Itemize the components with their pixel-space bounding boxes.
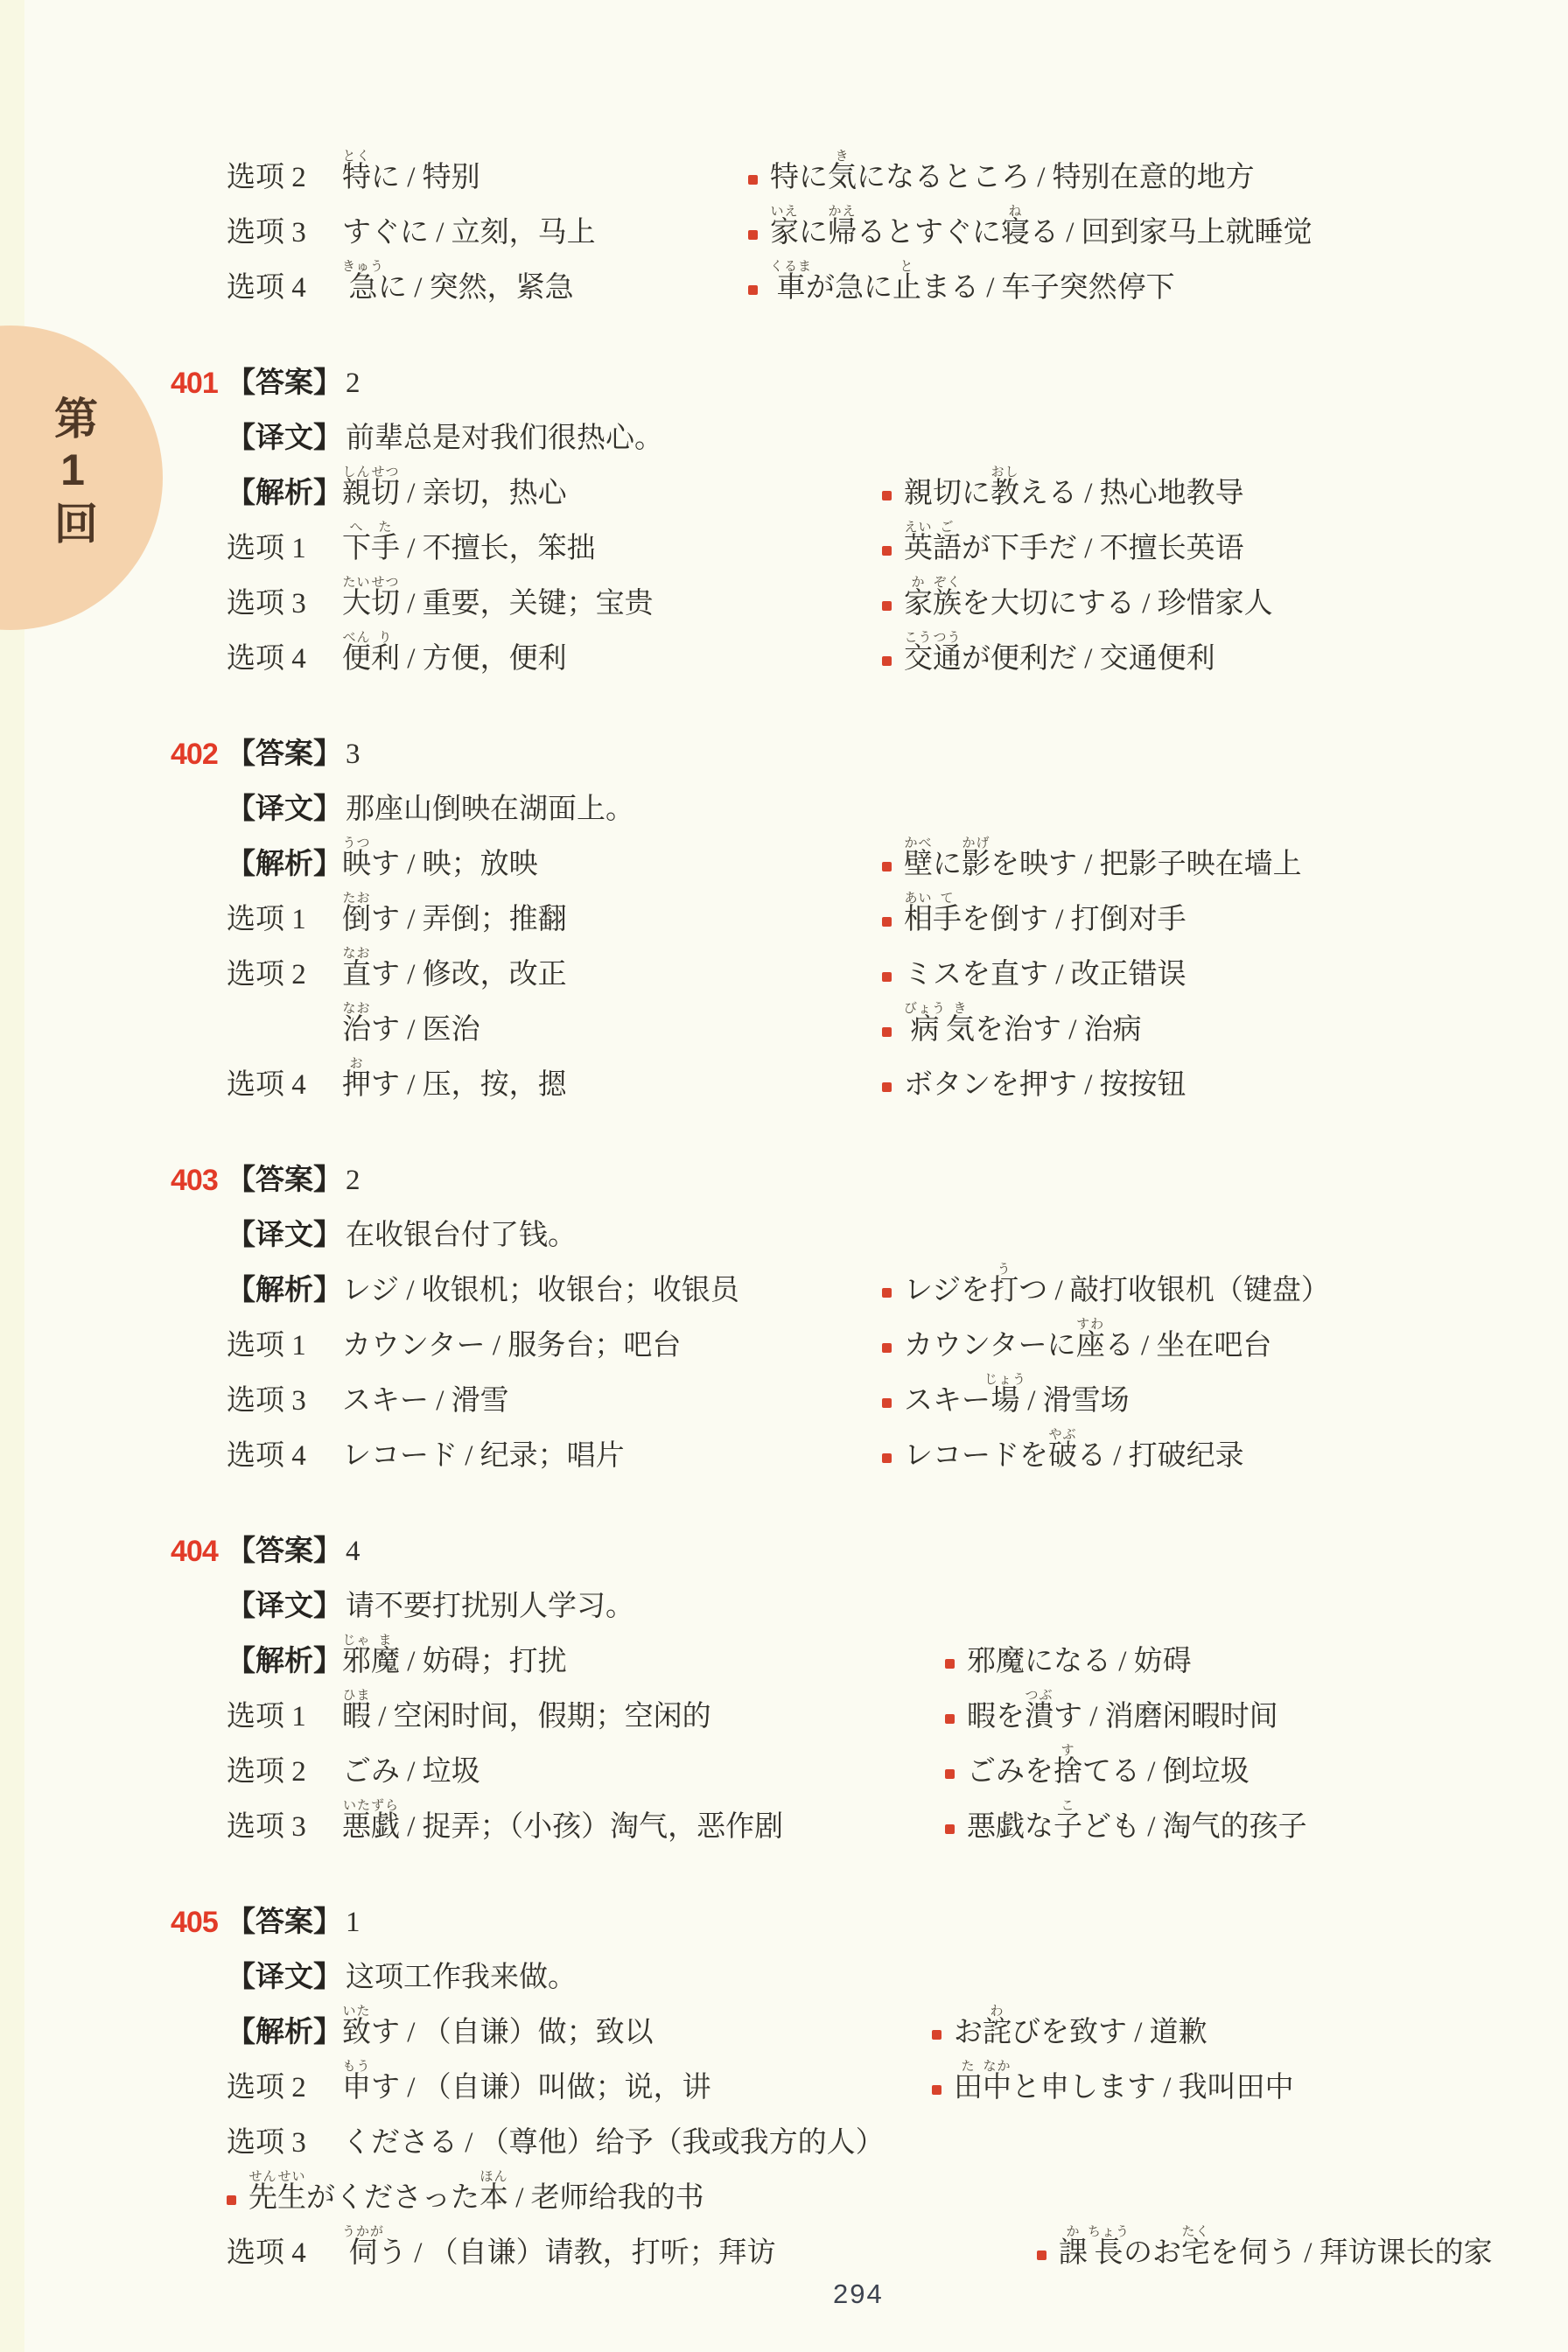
- option-row: 选项 2 直なおす / 修改，改正 ミスを直す / 改正错误: [171, 937, 1568, 992]
- option-row: 选项 2 ごみ / 垃圾 ごみを捨すてる / 倒垃圾: [171, 1734, 1568, 1789]
- answer-label: 【答案】: [227, 367, 342, 401]
- question-number: 404: [171, 1535, 227, 1569]
- answer-label: 【答案】: [227, 1165, 342, 1198]
- term-japanese: 悪戯いたずら / 捉弄；（小孩）淘气，恶作剧: [342, 1799, 783, 1844]
- option-row: 选项 4 便べん利り / 方便，便利 交こう通つうが便利だ / 交通便利: [171, 621, 1568, 676]
- answer-block-405: 405 【答案】 1 【译文】 这项工作我来做。 【解析】 致いたす / （自谦…: [171, 1885, 1568, 2271]
- option-label: 选项 4: [227, 2237, 342, 2271]
- term-japanese: 致いたす / （自谦）做；致以: [342, 2005, 654, 2050]
- option-label: 选项 1: [227, 1701, 342, 1734]
- translation-label: 【译文】: [227, 794, 342, 827]
- option-label: 选项 4: [227, 1440, 342, 1473]
- answer-block-401: 401 【答案】 2 【译文】 前辈总是对我们很热心。 【解析】 親しん切せつ …: [171, 346, 1568, 676]
- example-japanese: 特に気きになるところ / 特别在意的地方: [748, 150, 1255, 195]
- bullet-icon: [882, 656, 892, 666]
- term-japanese: 邪じゃ魔ま / 妨碍；打扰: [342, 1634, 567, 1679]
- example-japanese: ボタンを押す / 按按钮: [882, 1069, 1186, 1102]
- option-label: 选项 3: [227, 1811, 342, 1844]
- answer-value: 4: [342, 1536, 360, 1569]
- option-row: 选项 3 スキー / 滑雪 スキー場じょう / 滑雪场: [171, 1363, 1568, 1418]
- bullet-icon: [932, 2085, 941, 2095]
- answer-row: 405 【答案】 1: [171, 1885, 1568, 1940]
- bullet-icon: [882, 1288, 892, 1298]
- translation-row: 【译文】 在收银台付了钱。: [171, 1198, 1568, 1253]
- translation-text: 在收银台付了钱。: [342, 1220, 577, 1253]
- bullet-icon: [932, 2030, 941, 2040]
- analysis-label: 【解析】: [227, 849, 342, 882]
- bullet-icon: [945, 1659, 955, 1669]
- example-only-row: 先せん生せいがくださった本ほん / 老师给我的书: [171, 2160, 1568, 2215]
- option-continuation-row: 治なおす / 医治 病びょう気きを治す / 治病: [171, 992, 1568, 1047]
- term-japanese: くださる / （尊他）给予（我或我方的人）: [342, 2127, 885, 2160]
- option-label: 选项 3: [227, 588, 342, 621]
- answer-row: 404 【答案】 4: [171, 1514, 1568, 1569]
- bullet-icon: [945, 1824, 955, 1834]
- translation-label: 【译文】: [227, 1591, 342, 1624]
- answer-row: 402 【答案】 3: [171, 717, 1568, 772]
- analysis-label: 【解析】: [227, 1646, 342, 1679]
- answer-value: 2: [342, 1165, 360, 1198]
- translation-row: 【译文】 这项工作我来做。: [171, 1940, 1568, 1995]
- example-japanese: 邪魔になる / 妨碍: [945, 1646, 1192, 1679]
- term-japanese: レジ / 收银机；收银台；收银员: [342, 1275, 739, 1308]
- option-label: 选项 1: [227, 1330, 342, 1363]
- answer-value: 3: [342, 738, 360, 772]
- example-japanese: 親切に教おしえる / 热心地教导: [882, 465, 1244, 511]
- term-japanese: 直なおす / 修改，改正: [342, 947, 567, 992]
- option-row: 选项 1 暇ひま / 空闲时间，假期；空闲的 暇を潰つぶす / 消磨闲暇时间: [171, 1679, 1568, 1734]
- analysis-row: 【解析】 映うつす / 映；放映 壁かべに影かげを映す / 把影子映在墙上: [171, 827, 1568, 882]
- answer-label: 【答案】: [227, 1536, 342, 1569]
- bullet-icon: [227, 2195, 236, 2205]
- bullet-icon: [748, 285, 758, 295]
- option-row: 选项 4 押おす / 压，按，摁 ボタンを押す / 按按钮: [171, 1047, 1568, 1102]
- term-japanese: 倒たおす / 弄倒；推翻: [342, 892, 567, 937]
- example-japanese: ミスを直す / 改正错误: [882, 959, 1186, 992]
- bullet-icon: [882, 917, 892, 927]
- example-japanese: 交こう通つうが便利だ / 交通便利: [882, 631, 1215, 676]
- option-label: 选项 4: [227, 272, 342, 305]
- example-japanese: 壁かべに影かげを映す / 把影子映在墙上: [882, 836, 1302, 882]
- term-japanese: 親しん切せつ / 亲切，热心: [342, 465, 567, 511]
- example-japanese: レコードを破やぶる / 打破纪录: [882, 1428, 1244, 1473]
- option-row: 选项 3 くださる / （尊他）给予（我或我方的人）: [171, 2105, 1568, 2160]
- answer-row: 403 【答案】 2: [171, 1143, 1568, 1198]
- analysis-label: 【解析】: [227, 478, 342, 511]
- answer-row: 401 【答案】 2: [171, 346, 1568, 401]
- term-japanese: 映うつす / 映；放映: [342, 836, 538, 882]
- continuation-block: 选项 2 特とくに / 特别 特に気きになるところ / 特别在意的地方 选项 3…: [171, 140, 1568, 305]
- option-row: 选项 4 レコード / 纪录；唱片 レコードを破やぶる / 打破纪录: [171, 1418, 1568, 1473]
- term-japanese: 暇ひま / 空闲时间，假期；空闲的: [342, 1689, 711, 1734]
- analysis-row: 【解析】 邪じゃ魔ま / 妨碍；打扰 邪魔になる / 妨碍: [171, 1624, 1568, 1679]
- analysis-row: 【解析】 親しん切せつ / 亲切，热心 親切に教おしえる / 热心地教导: [171, 456, 1568, 511]
- example-japanese: 課か長ちょうのお宅たくを伺う / 拜访课长的家: [1037, 2225, 1493, 2271]
- translation-text: 请不要打扰别人学习。: [342, 1591, 634, 1624]
- example-japanese: カウンターに座すわる / 坐在吧台: [882, 1318, 1271, 1363]
- page-number: 294: [833, 2278, 884, 2310]
- answer-label: 【答案】: [227, 1907, 342, 1940]
- option-row: 选项 3 悪戯いたずら / 捉弄；（小孩）淘气，恶作剧 悪戯な子こども / 淘气…: [171, 1789, 1568, 1844]
- analysis-label: 【解析】: [227, 2017, 342, 2050]
- term-japanese: カウンター / 服务台；吧台: [342, 1330, 681, 1363]
- answer-value: 2: [342, 367, 360, 401]
- option-label: 选项 4: [227, 1069, 342, 1102]
- translation-text: 那座山倒映在湖面上。: [342, 794, 634, 827]
- term-japanese: 急きゅうに / 突然，紧急: [342, 260, 574, 305]
- term-japanese: 申もうす / （自谦）叫做；说，讲: [342, 2060, 711, 2105]
- option-row: 选项 4 急きゅうに / 突然，紧急 車くるまが急に止とまる / 车子突然停下: [171, 250, 1568, 305]
- bullet-icon: [882, 546, 892, 556]
- term-japanese: 伺うかがう / （自谦）请教，打听；拜访: [342, 2225, 776, 2271]
- example-japanese: スキー場じょう / 滑雪场: [882, 1373, 1130, 1418]
- option-row: 选项 1 倒たおす / 弄倒；推翻 相あい手てを倒す / 打倒对手: [171, 882, 1568, 937]
- example-japanese: 暇を潰つぶす / 消磨闲暇时间: [945, 1689, 1278, 1734]
- question-number: 405: [171, 1906, 227, 1940]
- example-japanese: 悪戯な子こども / 淘气的孩子: [945, 1799, 1307, 1844]
- translation-text: 这项工作我来做。: [342, 1962, 577, 1995]
- translation-label: 【译文】: [227, 423, 342, 456]
- option-row: 选项 2 申もうす / （自谦）叫做；说，讲 田た中なかと申します / 我叫田中: [171, 2050, 1568, 2105]
- bullet-icon: [945, 1714, 955, 1724]
- bullet-icon: [882, 1453, 892, 1463]
- bullet-icon: [882, 1398, 892, 1408]
- translation-label: 【译文】: [227, 1220, 342, 1253]
- bullet-icon: [748, 230, 758, 240]
- option-row: 选项 2 特とくに / 特别 特に気きになるところ / 特别在意的地方: [171, 140, 1568, 195]
- translation-row: 【译文】 那座山倒映在湖面上。: [171, 772, 1568, 827]
- bullet-icon: [748, 175, 758, 185]
- answer-block-402: 402 【答案】 3 【译文】 那座山倒映在湖面上。 【解析】 映うつす / 映…: [171, 717, 1568, 1102]
- translation-label: 【译文】: [227, 1962, 342, 1995]
- option-row: 选项 1 下へ手た / 不擅长，笨拙 英えい語ごが下手だ / 不擅长英语: [171, 511, 1568, 566]
- term-japanese: 便べん利り / 方便，便利: [342, 631, 567, 676]
- question-number: 403: [171, 1164, 227, 1198]
- term-japanese: 特とくに / 特别: [342, 150, 480, 195]
- question-number: 402: [171, 738, 227, 772]
- answer-block-403: 403 【答案】 2 【译文】 在收银台付了钱。 【解析】 レジ / 收银机；收…: [171, 1143, 1568, 1473]
- term-japanese: 治なおす / 医治: [342, 1002, 480, 1047]
- analysis-row: 【解析】 致いたす / （自谦）做；致以 お詫わびを致す / 道歉: [171, 1995, 1568, 2050]
- answer-key-content: 选项 2 特とくに / 特别 特に気きになるところ / 特别在意的地方 选项 3…: [0, 0, 1568, 2271]
- example-japanese: 病びょう気きを治す / 治病: [882, 1002, 1142, 1047]
- bullet-icon: [882, 862, 892, 871]
- option-label: 选项 2: [227, 1756, 342, 1789]
- translation-text: 前辈总是对我们很热心。: [342, 423, 663, 456]
- term-japanese: ごみ / 垃圾: [342, 1756, 480, 1789]
- example-japanese: 先せん生せいがくださった本ほん / 老师给我的书: [227, 2170, 704, 2215]
- option-label: 选项 2: [227, 2072, 342, 2105]
- option-label: 选项 3: [227, 2127, 342, 2160]
- bullet-icon: [882, 1082, 892, 1092]
- example-japanese: 相あい手てを倒す / 打倒对手: [882, 892, 1186, 937]
- example-japanese: 英えい語ごが下手だ / 不擅长英语: [882, 521, 1244, 566]
- option-label: 选项 4: [227, 643, 342, 676]
- term-japanese: 押おす / 压，按，摁: [342, 1057, 567, 1102]
- bullet-icon: [882, 491, 892, 500]
- bullet-icon: [1037, 2250, 1046, 2260]
- answer-label: 【答案】: [227, 738, 342, 772]
- option-row: 选项 3 大たい切せつ / 重要，关键；宝贵 家か族ぞくを大切にする / 珍惜家…: [171, 566, 1568, 621]
- bullet-icon: [882, 601, 892, 611]
- analysis-row: 【解析】 レジ / 收银机；收银台；收银员 レジを打うつ / 敲打收银机（键盘）: [171, 1253, 1568, 1308]
- term-japanese: 下へ手た / 不擅长，笨拙: [342, 521, 596, 566]
- bullet-icon: [945, 1769, 955, 1779]
- example-japanese: ごみを捨すてる / 倒垃圾: [945, 1744, 1249, 1789]
- answer-value: 1: [342, 1907, 360, 1940]
- option-label: 选项 2: [227, 959, 342, 992]
- example-japanese: お詫わびを致す / 道歉: [932, 2005, 1207, 2050]
- option-label: 选项 1: [227, 533, 342, 566]
- example-japanese: レジを打うつ / 敲打收银机（键盘）: [882, 1263, 1330, 1308]
- question-number: 401: [171, 367, 227, 401]
- example-japanese: 家か族ぞくを大切にする / 珍惜家人: [882, 576, 1273, 621]
- analysis-label: 【解析】: [227, 1275, 342, 1308]
- term-japanese: レコード / 纪录；唱片: [342, 1440, 625, 1473]
- option-row: 选项 1 カウンター / 服务台；吧台 カウンターに座すわる / 坐在吧台: [171, 1308, 1568, 1363]
- option-label: 选项 1: [227, 904, 342, 937]
- option-row: 选项 4 伺うかがう / （自谦）请教，打听；拜访 課か長ちょうのお宅たくを伺う…: [171, 2215, 1568, 2271]
- term-japanese: 大たい切せつ / 重要，关键；宝贵: [342, 576, 654, 621]
- option-label: 选项 3: [227, 1385, 342, 1418]
- term-japanese: すぐに / 立刻，马上: [342, 217, 596, 250]
- option-label: 选项 2: [227, 162, 342, 195]
- translation-row: 【译文】 前辈总是对我们很热心。: [171, 401, 1568, 456]
- answer-block-404: 404 【答案】 4 【译文】 请不要打扰别人学习。 【解析】 邪じゃ魔ま / …: [171, 1514, 1568, 1844]
- bullet-icon: [882, 1343, 892, 1353]
- example-japanese: 家いえに帰かえるとすぐに寝ねる / 回到家马上就睡觉: [748, 205, 1312, 250]
- option-label: 选项 3: [227, 217, 342, 250]
- term-japanese: スキー / 滑雪: [342, 1385, 509, 1418]
- example-japanese: 車くるまが急に止とまる / 车子突然停下: [748, 260, 1175, 305]
- bullet-icon: [882, 1027, 892, 1037]
- bullet-icon: [882, 972, 892, 982]
- translation-row: 【译文】 请不要打扰别人学习。: [171, 1569, 1568, 1624]
- option-row: 选项 3 すぐに / 立刻，马上 家いえに帰かえるとすぐに寝ねる / 回到家马上…: [171, 195, 1568, 250]
- example-japanese: 田た中なかと申します / 我叫田中: [932, 2060, 1294, 2105]
